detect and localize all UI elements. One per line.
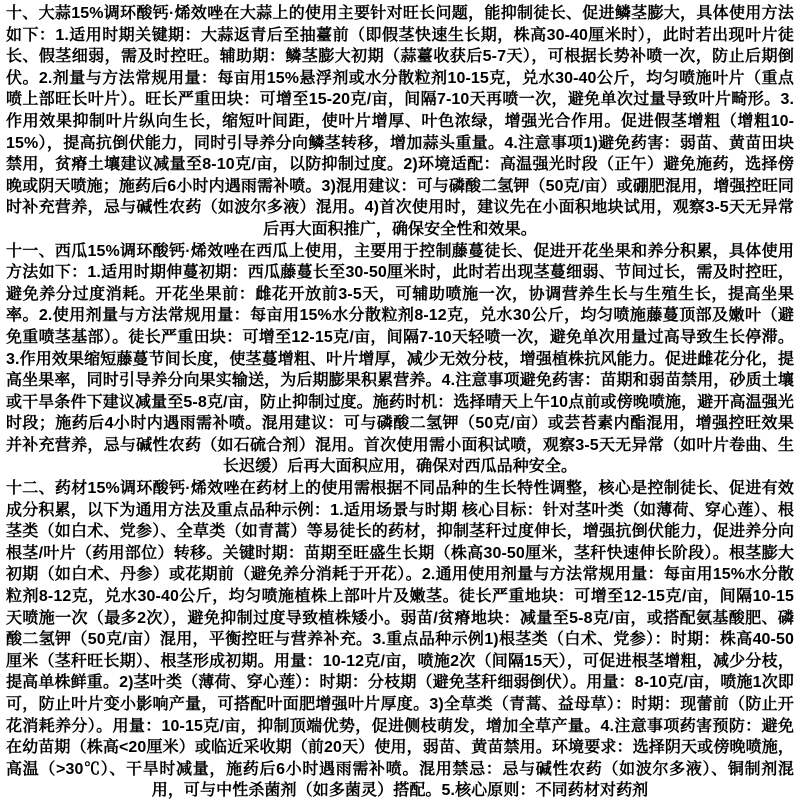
document-page: 十、大蒜15%调环酸钙·烯效唑在大蒜上的使用主要针对旺长问题，能抑制徒长、促进鳞…: [0, 0, 800, 800]
section-herbs-paragraph: 十二、药材15%调环酸钙·烯效唑在药材上的使用需根据不同品种的生长特性调整，核心…: [6, 478, 794, 800]
section-garlic-paragraph: 十、大蒜15%调环酸钙·烯效唑在大蒜上的使用主要针对旺长问题，能抑制徒长、促进鳞…: [6, 3, 794, 241]
section-watermelon-paragraph: 十一、西瓜15%调环酸钙·烯效唑在西瓜上使用，主要用于控制藤蔓徒长、促进开花坐果…: [6, 241, 794, 479]
